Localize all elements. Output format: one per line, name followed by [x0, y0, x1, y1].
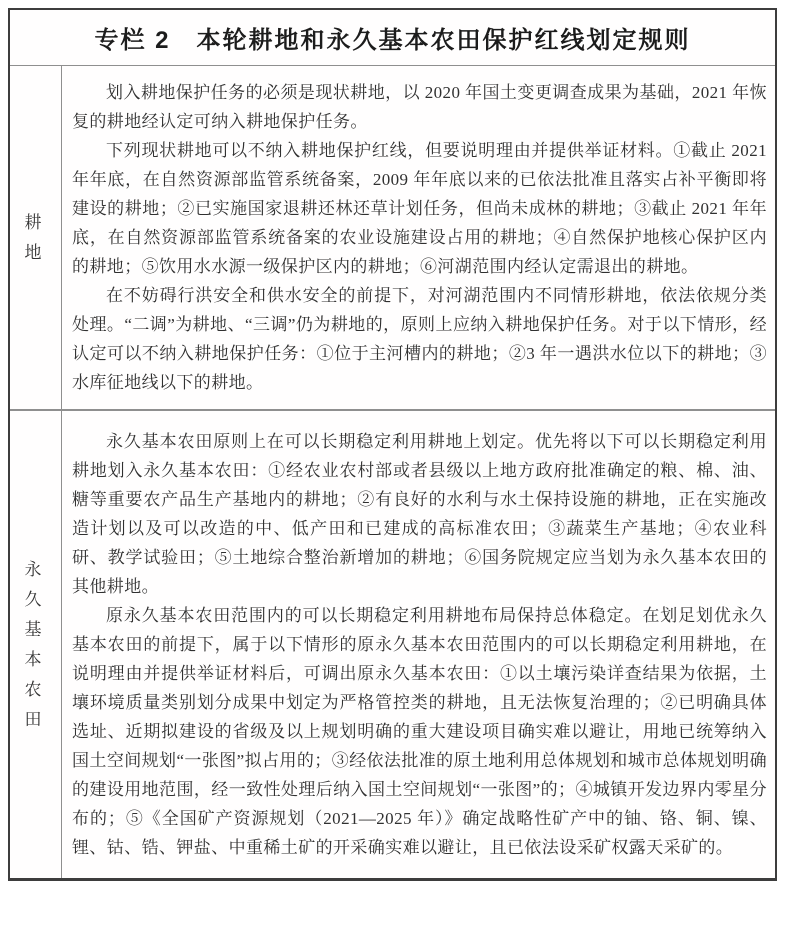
row-content-cultivated-land: 划入耕地保护任务的必须是现状耕地，以 2020 年国土变更调查成果为基础，202…	[62, 66, 775, 409]
row-content-permanent-basic-farmland: 永久基本农田原则上在可以长期稳定利用耕地上划定。优先将以下可以长期稳定利用耕地划…	[62, 411, 775, 878]
paragraph-permanent-basic-farmland-2: 原永久基本农田范围内的可以长期稳定利用耕地布局保持总体稳定。在划足划优永久基本农…	[72, 601, 767, 862]
row-label-cultivated-land: 耕地	[14, 208, 57, 268]
row-label-permanent-basic-farmland: 永久基本农田	[14, 555, 57, 735]
policy-box-table: 专栏 2 本轮耕地和永久基本农田保护红线划定规则 耕地 划入耕地保护任务的必须是…	[8, 8, 777, 881]
paragraph-cultivated-land-2: 下列现状耕地可以不纳入耕地保护红线，但要说明理由并提供举证材料。①截止 2021…	[72, 136, 767, 281]
panel-title: 专栏 2 本轮耕地和永久基本农田保护红线划定规则	[10, 10, 775, 66]
paragraph-cultivated-land-1: 划入耕地保护任务的必须是现状耕地，以 2020 年国土变更调查成果为基础，202…	[72, 78, 767, 136]
paragraph-permanent-basic-farmland-1: 永久基本农田原则上在可以长期稳定利用耕地上划定。优先将以下可以长期稳定利用耕地划…	[72, 427, 767, 601]
document-page: 专栏 2 本轮耕地和永久基本农田保护红线划定规则 耕地 划入耕地保护任务的必须是…	[0, 0, 790, 944]
paragraph-cultivated-land-3: 在不妨碍行洪安全和供水安全的前提下，对河湖范围内不同情形耕地，依法依规分类处理。…	[72, 281, 767, 397]
row-label-cell-cultivated-land: 耕地	[10, 66, 62, 409]
row-label-cell-permanent-basic-farmland: 永久基本农田	[10, 411, 62, 878]
section-cultivated-land: 耕地 划入耕地保护任务的必须是现状耕地，以 2020 年国土变更调查成果为基础，…	[10, 66, 775, 409]
section-permanent-basic-farmland: 永久基本农田 永久基本农田原则上在可以长期稳定利用耕地上划定。优先将以下可以长期…	[10, 409, 775, 878]
